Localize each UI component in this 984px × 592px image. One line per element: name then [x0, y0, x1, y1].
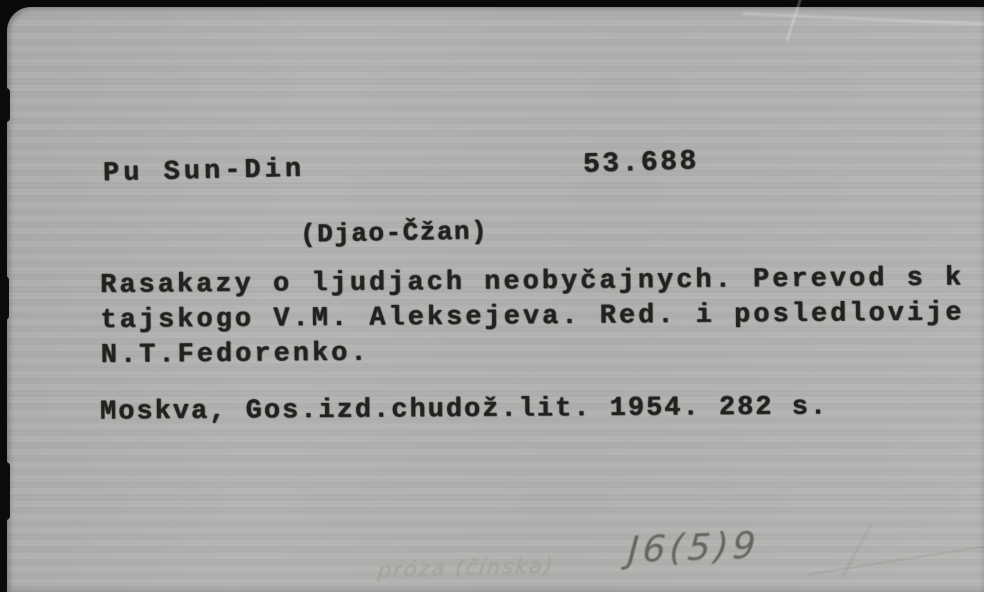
author-heading: Pu Sun-Din — [103, 155, 306, 190]
call-number: 53.688 — [583, 146, 700, 181]
author-alternate-name: (Djao-Čžan) — [300, 216, 489, 249]
scan-edge-artifact — [0, 276, 9, 320]
imprint-line: Moskva, Gos.izd.chudož.lit. 1954. 282 s. — [100, 392, 828, 427]
scan-edge-artifact — [0, 88, 10, 122]
scan-edge-artifact — [0, 462, 10, 520]
pencil-classmark-annotation: J6(5)9 — [627, 526, 761, 572]
pencil-subject-note: próza (čínska) — [377, 554, 556, 583]
scanned-catalog-card-page: Pu Sun-Din 53.688 (Djao-Čžan) Rasakazy o… — [0, 0, 984, 592]
bibliographic-description: Rasakazy o ljudjach neobyčajnych. Perevo… — [100, 261, 965, 374]
